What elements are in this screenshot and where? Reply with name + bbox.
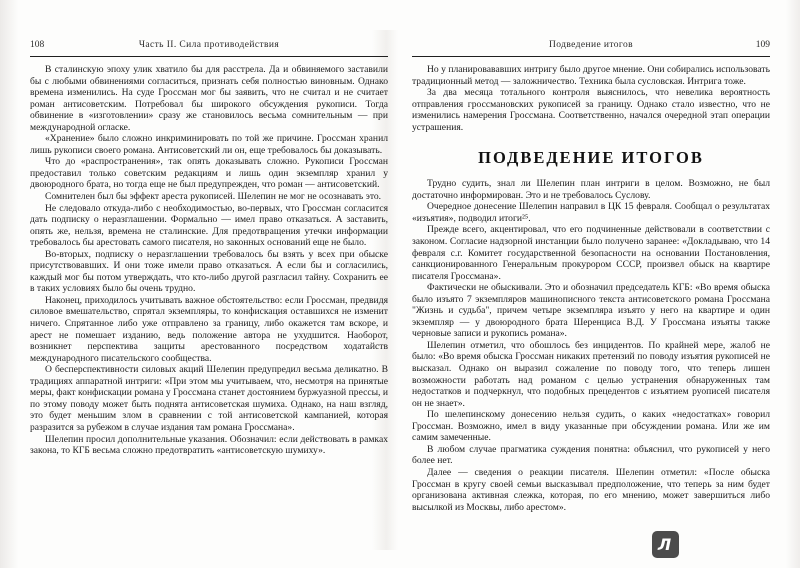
right-head-rule (412, 56, 770, 57)
paragraph: О бесперспективности силовых акций Шелеп… (30, 364, 388, 433)
paragraph: За два месяца тотального контроля выясни… (412, 87, 770, 133)
right-running-head: Подведение итогов 109 (412, 40, 770, 54)
section-title: ПОДВЕДЕНИЕ ИТОГОВ (412, 148, 770, 168)
paragraph: Шелепин отметил, что обошлось без инциде… (412, 340, 770, 409)
paragraph: Далее — сведения о реакции писателя. Шел… (412, 467, 770, 513)
right-running-header-title: Подведение итогов (412, 40, 770, 50)
paragraph: Прежде всего, акцентировал, что его подч… (412, 224, 770, 282)
paragraph: Шелепин просил дополнительные указания. … (30, 434, 388, 457)
paragraph: Но у планировававших интригу было другое… (412, 64, 770, 87)
paragraph: Фактически не обыскивали. Это и обозначи… (412, 282, 770, 340)
paragraph: По шелепинскому донесению нельзя судить,… (412, 409, 770, 444)
paragraph: В любом случае прагматика суждения понят… (412, 444, 770, 467)
left-head-rule (30, 56, 388, 57)
left-page: 108 Часть II. Сила противодействия В ста… (30, 40, 388, 457)
right-page: Подведение итогов 109 Но у планировававш… (412, 40, 770, 513)
paragraph: Что до «распространения», так опять дока… (30, 156, 388, 191)
right-page-body: Трудно судить, знал ли Шелепин план интр… (412, 178, 770, 513)
left-running-head: 108 Часть II. Сила противодействия (30, 40, 388, 54)
paragraph: Наконец, приходилось учитывать важное об… (30, 295, 388, 364)
left-edge-shadow (0, 0, 22, 568)
right-edge-shadow (782, 0, 800, 568)
watermark-letter: Л (658, 537, 671, 553)
paragraph: Трудно судить, знал ли Шелепин план интр… (412, 178, 770, 201)
paragraph: «Хранение» было сложно инкриминировать п… (30, 133, 388, 156)
left-running-header-title: Часть II. Сила противодействия (30, 40, 388, 50)
left-page-body: В сталинскую эпоху улик хватило бы для р… (30, 64, 388, 457)
book-scan: 108 Часть II. Сила противодействия В ста… (0, 0, 800, 568)
paragraph: Очередное донесение Шелепин направил в Ц… (412, 201, 770, 224)
paragraph: Сомнителен был бы эффект ареста рукописе… (30, 191, 388, 203)
paragraph: Во-вторых, подписку о неразглашении треб… (30, 249, 388, 295)
right-page-number: 109 (756, 40, 770, 50)
labirint-watermark-logo: Л (652, 531, 679, 558)
paragraph: Не следовало откуда-либо с необходимость… (30, 203, 388, 249)
paragraph: В сталинскую эпоху улик хватило бы для р… (30, 64, 388, 133)
right-page-intro: Но у планировававших интригу было другое… (412, 64, 770, 133)
